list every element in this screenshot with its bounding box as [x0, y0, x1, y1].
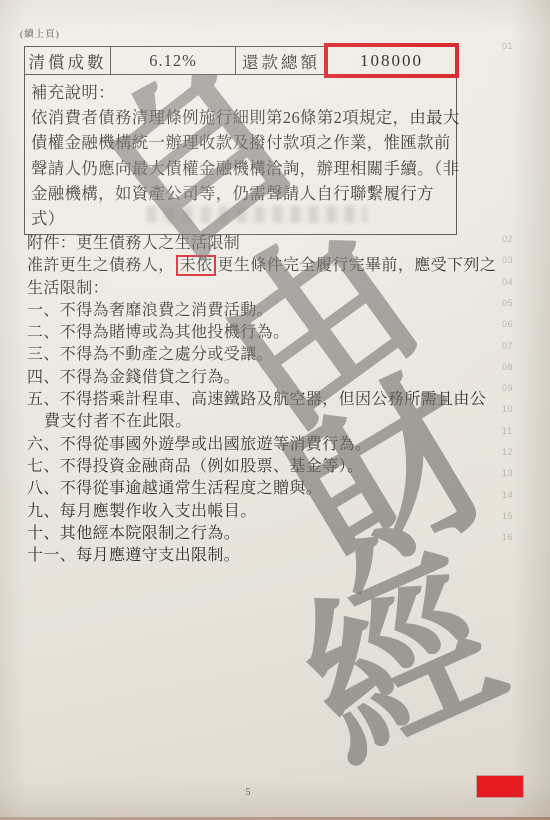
- repayment-ratio-label: 清償成數: [25, 47, 111, 74]
- restriction-item: 九、每月應製作收入支出帳目。: [27, 501, 532, 523]
- supplement-line: 聲請人仍應向最大債權金融機構洽詢，辦理相關手續。（非: [31, 156, 450, 181]
- restriction-item: 二、不得為賭博或為其他投機行為。: [27, 322, 532, 344]
- restriction-item: 十、其他經本院限制之行為。: [27, 523, 532, 545]
- intro-suffix: 更生條件完全履行完畢前，應受下列之: [217, 257, 496, 274]
- repayment-ratio-value: 6.12%: [111, 47, 236, 74]
- life-restrictions-section: 附件：更生債務人之生活限制 准許更生之債務人，未依更生條件完全履行完畢前，應受下…: [27, 233, 532, 567]
- restriction-item: 十一、每月應遵守支出限制。: [27, 545, 532, 567]
- attachment-intro: 准許更生之債務人，未依更生條件完全履行完畢前，應受下列之: [27, 255, 532, 277]
- page-number: 5: [238, 787, 258, 798]
- restriction-item: 五、不得搭乘計程車、高速鐵路及航空器，但因公務所需且由公: [27, 389, 532, 411]
- restriction-item: 八、不得從事逾越通常生活程度之贈與。: [27, 478, 532, 500]
- total-repayment-highlight-box: 108000: [324, 43, 459, 78]
- restriction-item: 一、不得為奢靡浪費之消費活動。: [27, 300, 532, 322]
- highlighted-text-box: 未依: [176, 255, 217, 276]
- supplement-line: 金融機構，如資產公司等，仍需聲請人自行聯繫履行方: [31, 181, 450, 206]
- summary-table: 清償成數 6.12% 還款總額 108000 補充說明：依消費者債務清理條例施行…: [24, 46, 457, 235]
- attachment-title: 附件：更生債務人之生活限制: [27, 233, 532, 255]
- restriction-item: 四、不得為金錢借貸之行為。: [27, 367, 532, 389]
- document-photo: (續上頁) 清償成數 6.12% 還款總額 108000 補充說明：依消費者債務…: [0, 0, 550, 820]
- watermark-char: 經: [280, 542, 524, 786]
- attachment-intro-line2: 生活限制：: [27, 278, 532, 300]
- margin-line-number: 01: [502, 41, 513, 51]
- life-restrictions-list: 一、不得為奢靡浪費之消費活動。二、不得為賭博或為其他投機行為。三、不得為不動產之…: [27, 300, 532, 568]
- supplement-line: 債權金融機構統一辦理收款及撥付款項之作業，惟匯款前: [31, 130, 450, 155]
- faint-stamp-smudge: [147, 206, 367, 223]
- intro-prefix: 准許更生之債務人，: [27, 257, 175, 274]
- total-repayment-label: 還款總額: [236, 47, 327, 74]
- restriction-item: 七、不得投資金融商品（例如股票、基金等）。: [27, 456, 532, 478]
- supplement-line: 補充說明：: [31, 80, 450, 105]
- restriction-item: 費支付者不在此限。: [27, 411, 532, 433]
- continued-from-previous-page-label: (續上頁): [20, 26, 60, 40]
- restriction-item: 六、不得從事國外遊學或出國旅遊等消費行為。: [27, 434, 532, 456]
- restriction-item: 三、不得為不動產之處分或受讓。: [27, 344, 532, 366]
- redaction-block: [477, 776, 523, 797]
- supplement-line: 依消費者債務清理條例施行細則第26條第2項規定，由最大: [31, 105, 450, 130]
- supplement-note-box: 補充說明：依消費者債務清理條例施行細則第26條第2項規定，由最大債權金融機構統一…: [24, 75, 457, 235]
